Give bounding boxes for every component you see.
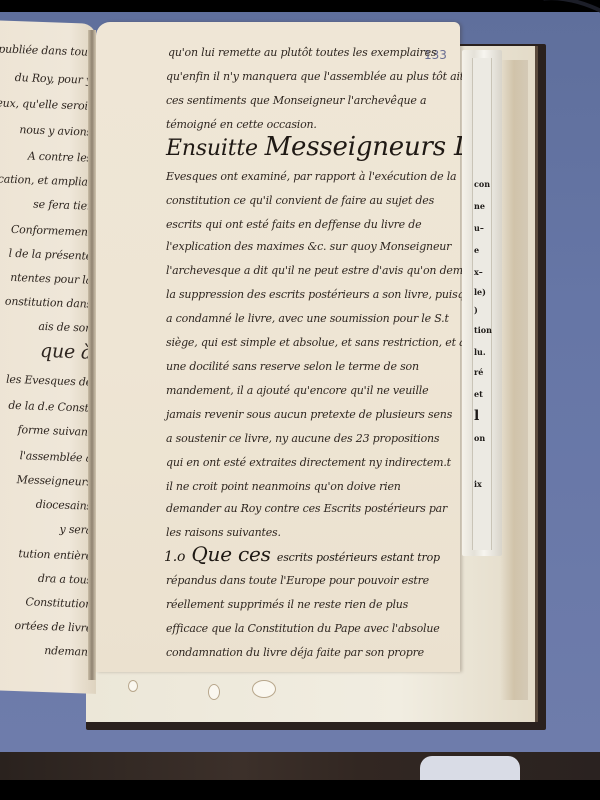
text-line: témoigné en cette occasion. [166, 118, 317, 132]
book-gutter [88, 30, 96, 680]
margin-strip-inner [472, 58, 492, 550]
numbered-heading: 1.o Que ces escrits postérieurs estant t… [164, 542, 440, 570]
text-line: forme suivant [18, 423, 92, 440]
text-line: siège, qui est simple et absolue, et san… [166, 336, 484, 350]
margin-note: ne [474, 202, 485, 211]
paper-damage [208, 684, 220, 700]
section-heading: Ensuitte Messeigneurs Les [166, 134, 499, 162]
text-line: efficace que la Constitution du Pape ave… [166, 622, 440, 636]
text-line: onstitution dans [5, 295, 92, 312]
paper-damage [128, 680, 138, 692]
text-line: ces sentiments que Monseigneur l'archevê… [166, 94, 426, 108]
text-line: ortées de livre [14, 619, 92, 636]
paper-damage [252, 680, 276, 698]
text-line: une docilité sans reserve selon le terme… [166, 360, 419, 374]
text-line: l'assemblée a [20, 449, 92, 466]
text-line: a condamné le livre, avec une soumission… [166, 312, 449, 326]
text-line: A contre les [28, 149, 92, 165]
margin-note: l [474, 412, 479, 421]
text-line: l de la présente [9, 247, 92, 264]
text-line: Conformement [11, 223, 92, 240]
text-line: publiée dans tout [0, 42, 92, 59]
text-line: qui en ont esté extraites directement ny… [166, 456, 451, 470]
margin-note: le) [474, 288, 486, 297]
text-line: les raisons suivantes. [166, 526, 281, 540]
text-line: nous y avions [19, 123, 92, 140]
text-line: diocesains [36, 498, 92, 514]
text-line: eux, qu'elle seroit [0, 96, 92, 113]
text-line: condamnation du livre déja faite par son… [166, 646, 424, 660]
margin-note: ix [474, 480, 482, 489]
text-line: constitution ce qu'il convient de faire … [166, 194, 434, 208]
text-line: ais de son [38, 320, 92, 336]
text-line: jamais revenir sous aucun pretexte de pl… [166, 408, 452, 422]
text-line: réellement supprimés il ne reste rien de… [166, 598, 408, 612]
text-line: qu'on lui remette au plutôt toutes les e… [168, 46, 436, 60]
text-line: tution entière [18, 547, 92, 564]
text-line: dra a tous [38, 572, 92, 588]
text-line: a soustenir ce livre, ny aucune des 23 p… [166, 432, 439, 446]
manuscript-photo: publiée dans tout du Roy, pour y eux, qu… [0, 0, 600, 800]
text-line: Constitution [26, 595, 92, 611]
numbered-heading-text: Que ces [191, 542, 270, 566]
text-line: l'archevesque a dit qu'il ne peut estre … [166, 264, 489, 278]
text-line: les Evesques de [6, 373, 92, 390]
heading-prefix: Ensuitte [166, 136, 258, 161]
item-number: 1.o [164, 549, 185, 565]
section-heading: que à [40, 344, 92, 360]
margin-note: on [474, 434, 485, 443]
text-line: ndemant [44, 644, 92, 660]
text-line: se fera tier [33, 198, 92, 214]
text-line: ntentes pour la [10, 271, 92, 288]
water-stain [500, 60, 528, 700]
left-page: publiée dans tout du Roy, pour y eux, qu… [0, 20, 96, 694]
text-line: mandement, il a ajouté qu'encore qu'il n… [166, 384, 428, 398]
text-line: Evesques ont examiné, par rapport à l'ex… [166, 170, 456, 184]
margin-note: tion [474, 326, 492, 335]
margin-note: con [474, 180, 490, 189]
margin-note: ré [474, 368, 483, 377]
text-line: du Roy, pour y [15, 71, 92, 88]
text-line: demander au Roy contre ces Escrits posté… [166, 502, 447, 516]
text-line: cation, et ampliat [0, 172, 92, 189]
margin-note: e [474, 246, 479, 255]
margin-note: ) [474, 306, 478, 315]
margin-note: x– [474, 268, 483, 277]
margin-note: lu. [474, 348, 486, 357]
text-line: il ne croit point neanmoins qu'on doive … [166, 480, 401, 494]
text-line: répandus dans toute l'Europe pour pouvoi… [166, 574, 429, 588]
text-line: de la d.e Consti [8, 399, 92, 416]
text-line: l'explication des maximes &c. sur quoy M… [166, 240, 451, 254]
text-line: escrits qui ont esté faits en deffense d… [166, 218, 421, 232]
text-line: qu'enfin il n'y manquera que l'assemblée… [166, 70, 464, 84]
text-line: la suppression des escrits postérieurs a… [166, 288, 481, 302]
margin-note: et [474, 390, 483, 399]
text-line: Messeigneurs [17, 473, 92, 490]
white-cloth [420, 756, 520, 780]
margin-note: u– [474, 224, 484, 233]
numbered-lead-text: escrits postérieurs estant trop [277, 551, 440, 564]
